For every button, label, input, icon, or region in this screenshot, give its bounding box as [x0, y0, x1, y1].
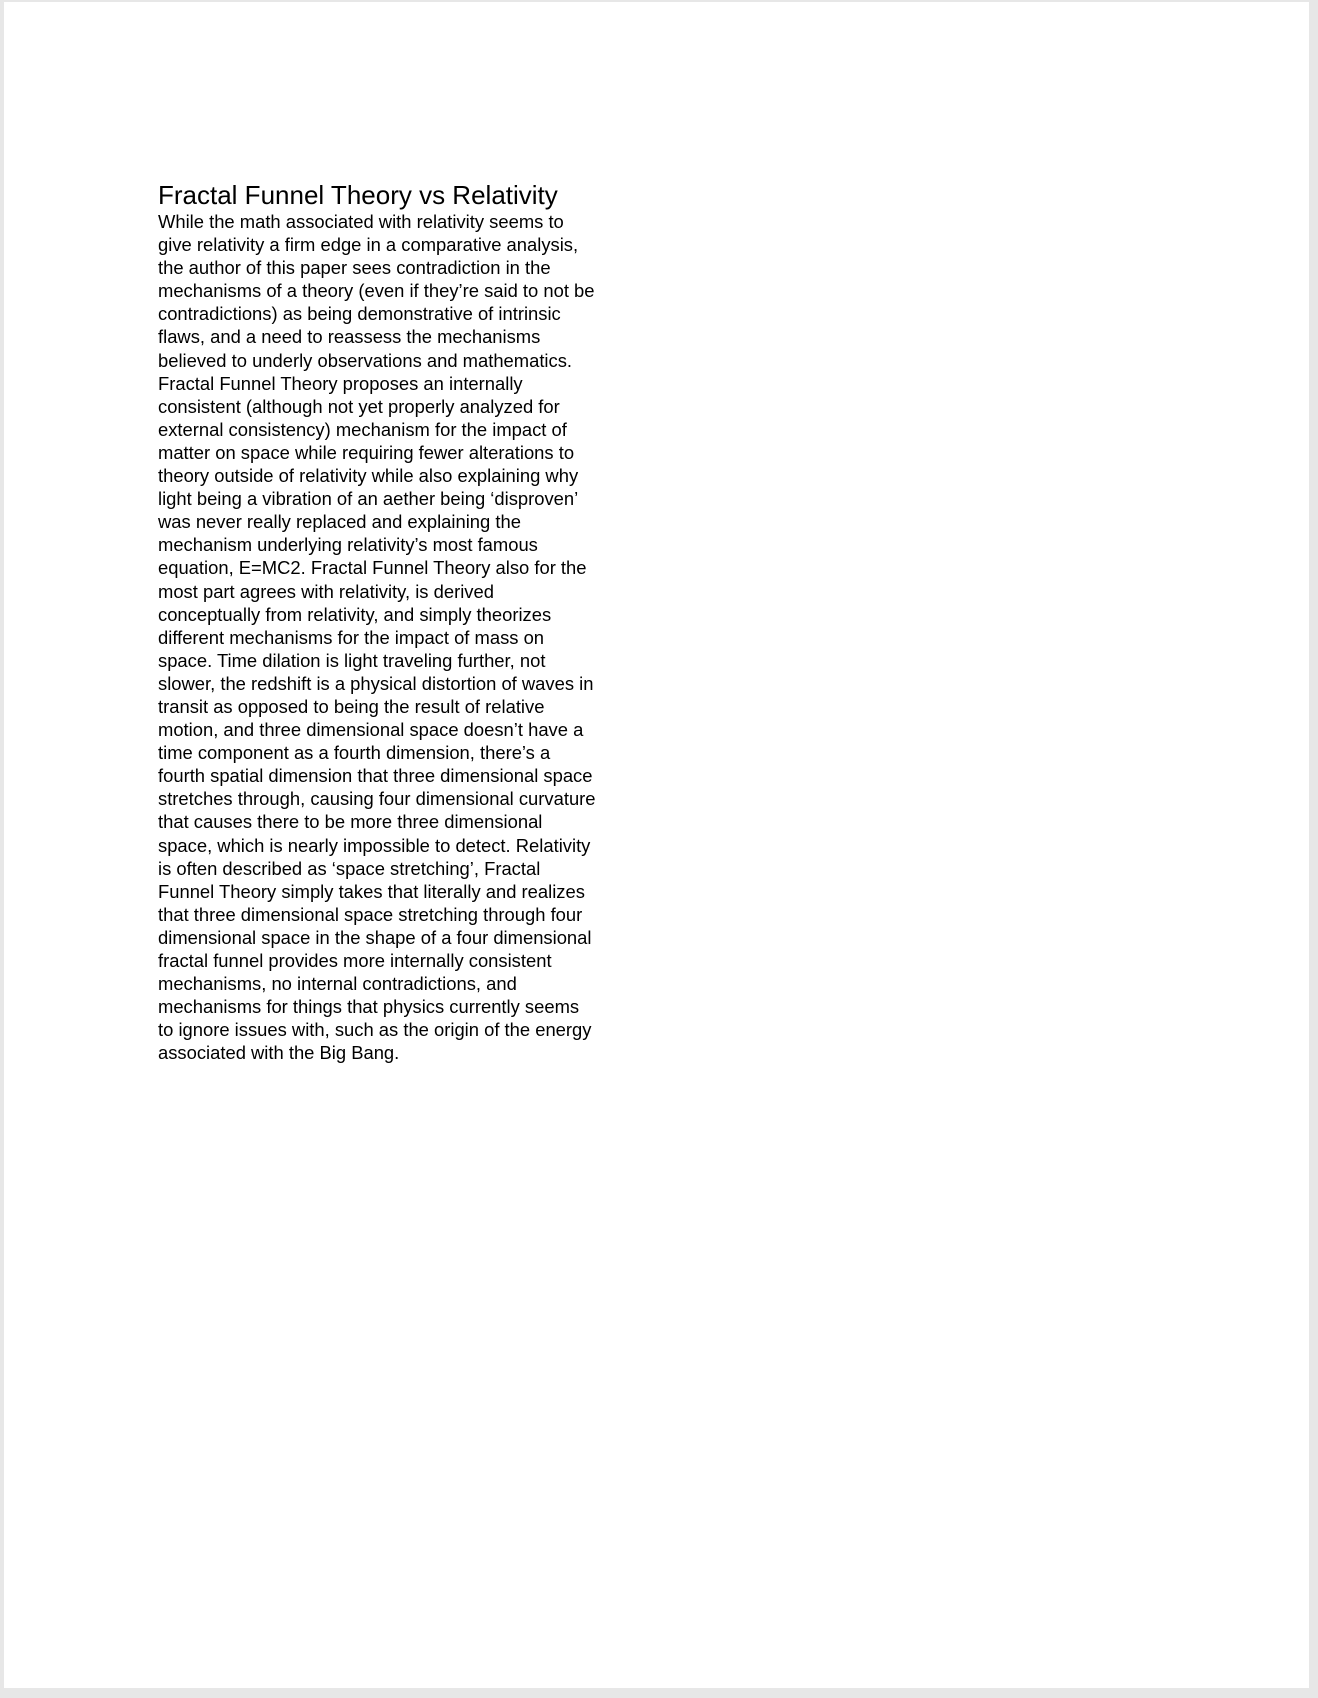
paragraph-line: mechanisms, no internal contradictions, … — [158, 972, 628, 995]
paragraph-line: Funnel Theory simply takes that literall… — [158, 880, 628, 903]
paragraph-line: slower, the redshift is a physical disto… — [158, 672, 628, 695]
paragraph-line: motion, and three dimensional space does… — [158, 718, 628, 741]
paragraph-line: conceptually from relativity, and simply… — [158, 603, 628, 626]
document-title: Fractal Funnel Theory vs Relativity — [158, 180, 628, 210]
paragraph-line: theory outside of relativity while also … — [158, 464, 628, 487]
paragraph-line: dimensional space in the shape of a four… — [158, 926, 628, 949]
paragraph-line: Fractal Funnel Theory proposes an intern… — [158, 372, 628, 395]
paragraph-line: light being a vibration of an aether bei… — [158, 487, 628, 510]
paragraph-line: give relativity a firm edge in a compara… — [158, 233, 628, 256]
paragraph-line: matter on space while requiring fewer al… — [158, 441, 628, 464]
paragraph-line: the author of this paper sees contradict… — [158, 256, 628, 279]
paragraph-line: consistent (although not yet properly an… — [158, 395, 628, 418]
paragraph-line: was never really replaced and explaining… — [158, 510, 628, 533]
paragraph-line: flaws, and a need to reassess the mechan… — [158, 325, 628, 348]
paragraph-line: fractal funnel provides more internally … — [158, 949, 628, 972]
paragraph-line: equation, E=MC2. Fractal Funnel Theory a… — [158, 556, 628, 579]
paragraph-line: contradictions) as being demonstrative o… — [158, 302, 628, 325]
paragraph-line: stretches through, causing four dimensio… — [158, 787, 628, 810]
paragraph-line: mechanism underlying relativity’s most f… — [158, 533, 628, 556]
paragraph-line: fourth spatial dimension that three dime… — [158, 764, 628, 787]
paragraph-line: that causes there to be more three dimen… — [158, 810, 628, 833]
paragraph-line: time component as a fourth dimension, th… — [158, 741, 628, 764]
paragraph-line: space. Time dilation is light traveling … — [158, 649, 628, 672]
paragraph-line: is often described as ‘space stretching’… — [158, 857, 628, 880]
paragraph-line: that three dimensional space stretching … — [158, 903, 628, 926]
paragraph-line: associated with the Big Bang. — [158, 1041, 628, 1064]
paragraph-line: mechanisms of a theory (even if they’re … — [158, 279, 628, 302]
paragraph-line: to ignore issues with, such as the origi… — [158, 1018, 628, 1041]
paragraph-line: transit as opposed to being the result o… — [158, 695, 628, 718]
document-paragraph: While the math associated with relativit… — [158, 210, 628, 1064]
paragraph-line: different mechanisms for the impact of m… — [158, 626, 628, 649]
paragraph-line: space, which is nearly impossible to det… — [158, 834, 628, 857]
document-content: Fractal Funnel Theory vs Relativity Whil… — [158, 180, 628, 1064]
document-page: Fractal Funnel Theory vs Relativity Whil… — [4, 2, 1309, 1688]
paragraph-line: mechanisms for things that physics curre… — [158, 995, 628, 1018]
paragraph-line: While the math associated with relativit… — [158, 210, 628, 233]
paragraph-line: external consistency) mechanism for the … — [158, 418, 628, 441]
paragraph-line: believed to underly observations and mat… — [158, 349, 628, 372]
paragraph-line: most part agrees with relativity, is der… — [158, 580, 628, 603]
